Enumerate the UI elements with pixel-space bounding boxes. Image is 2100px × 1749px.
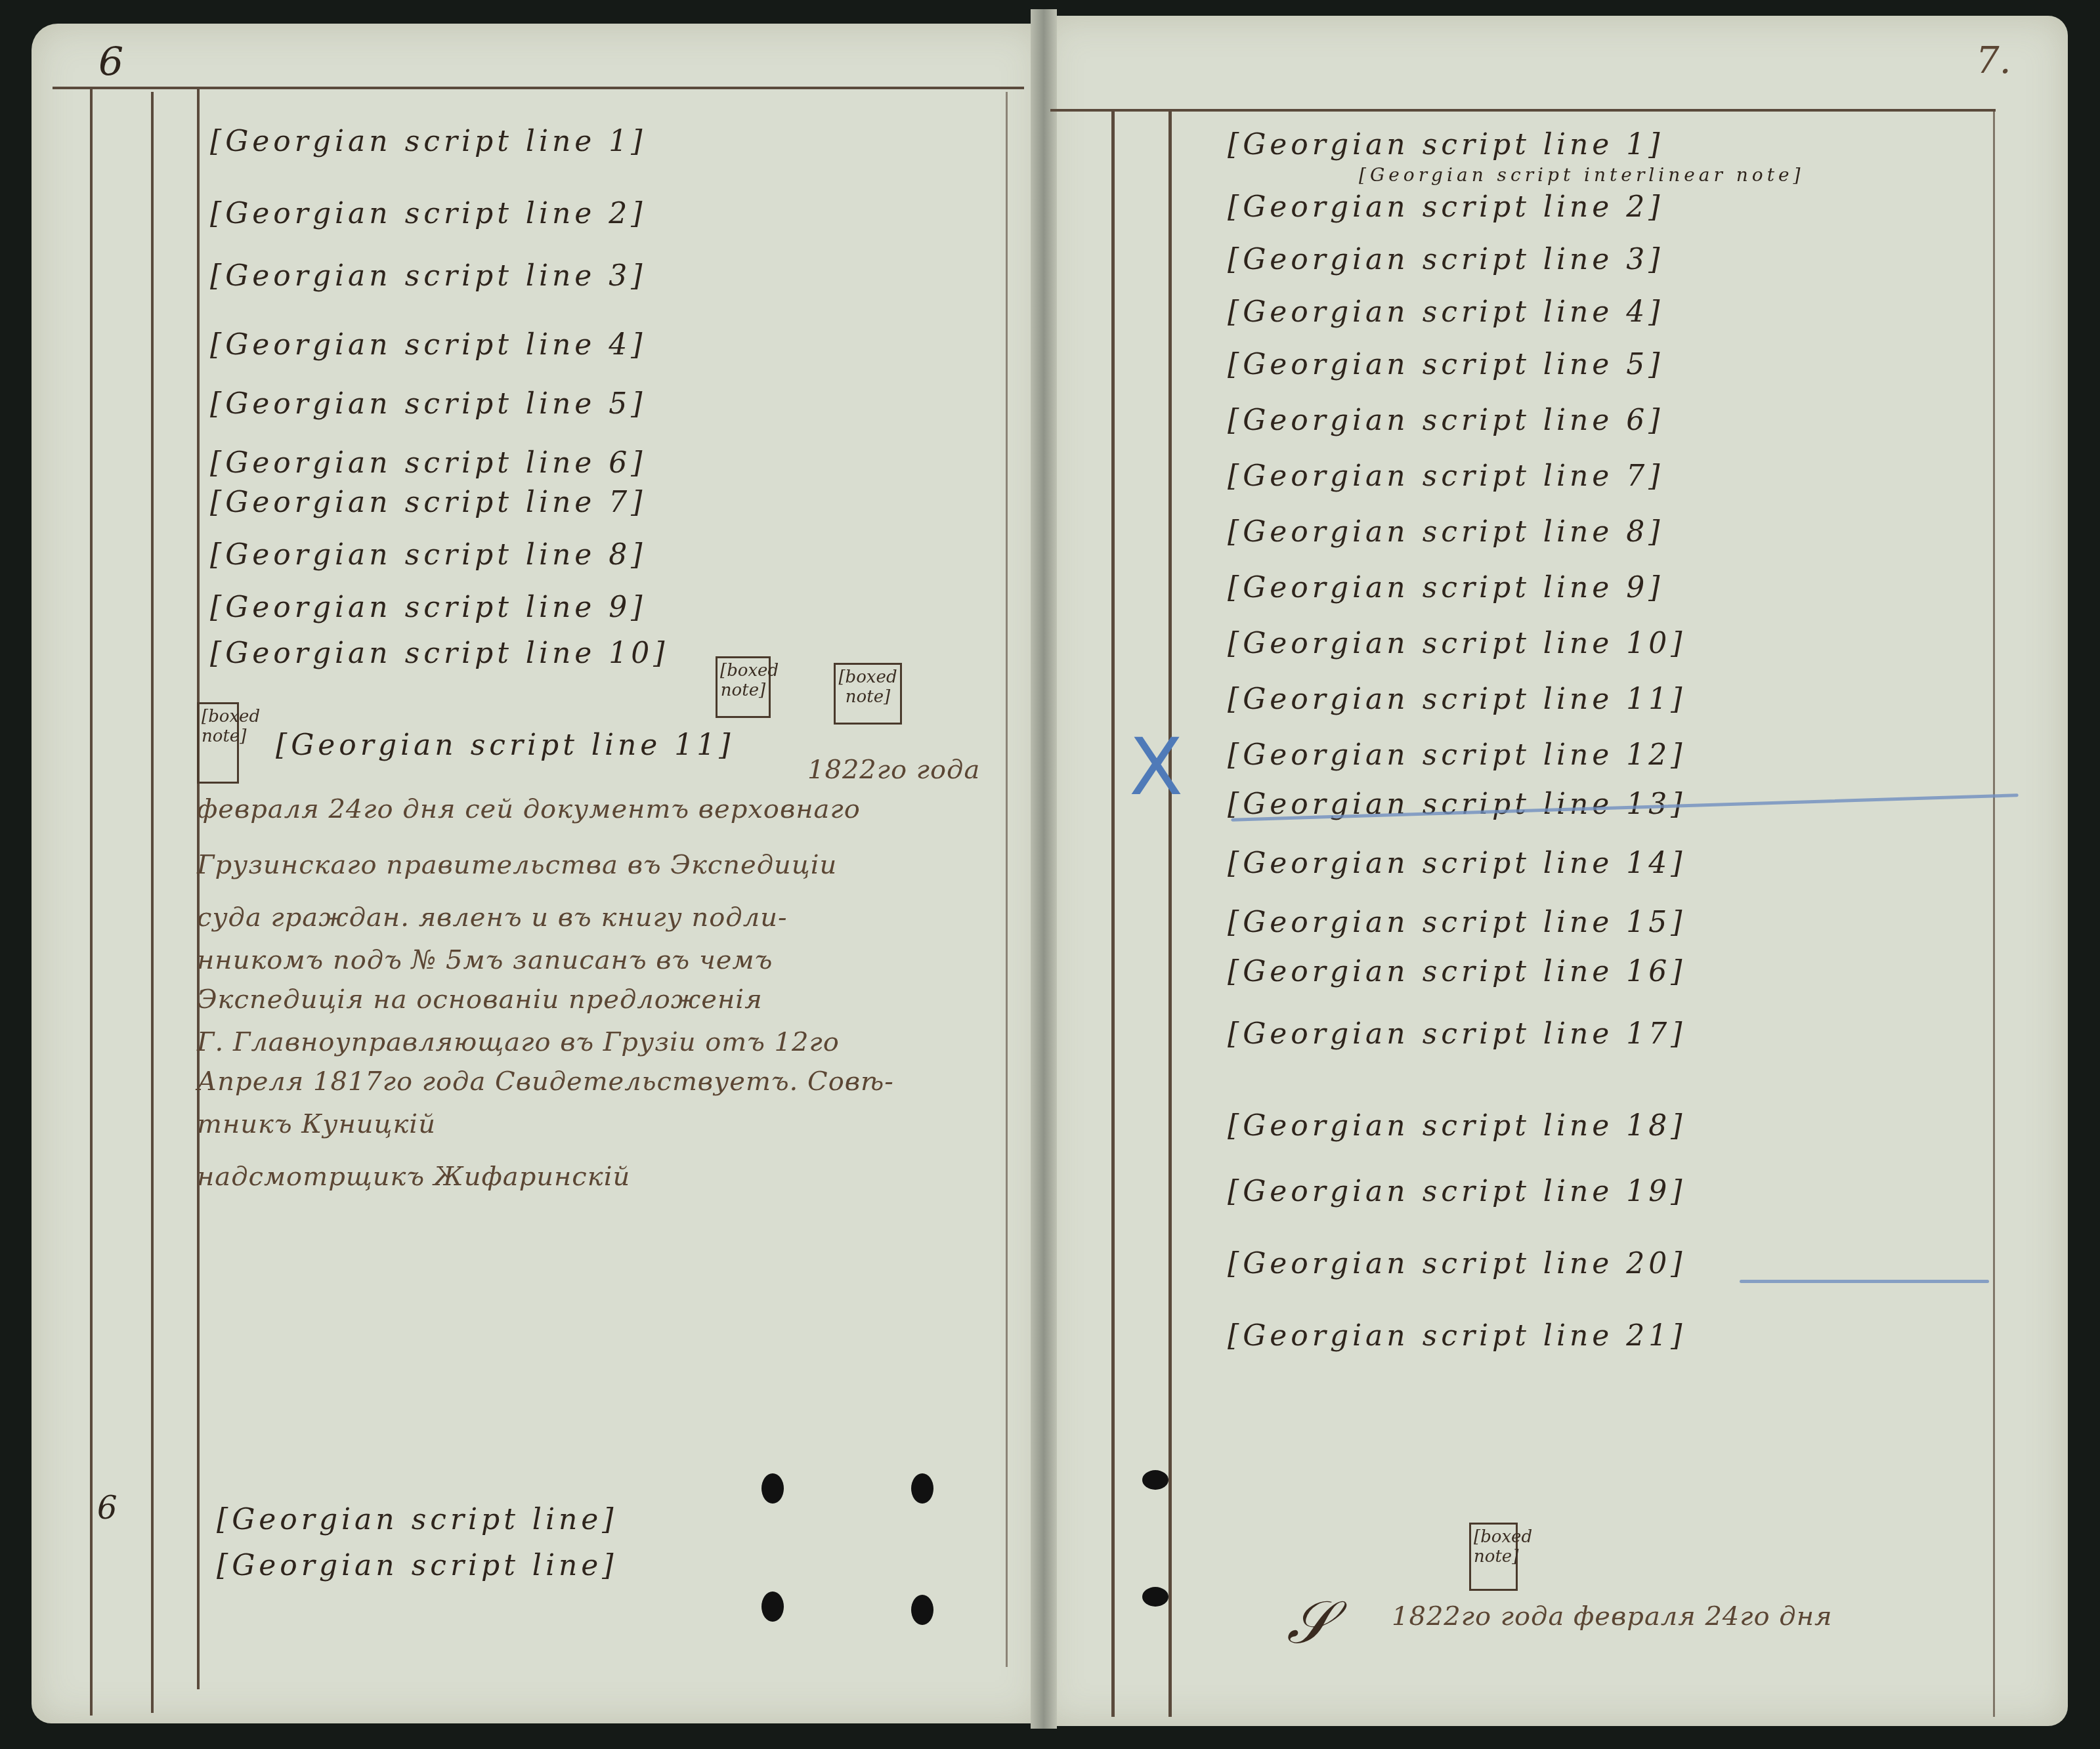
right-georgian-line: [Georgian script line 3] bbox=[1228, 243, 1664, 276]
right-right-rule bbox=[1993, 109, 1995, 1717]
right-georgian-line: [Georgian script line 18] bbox=[1228, 1109, 1686, 1143]
right-interlinear-note: [Georgian script interlinear note] bbox=[1359, 164, 1804, 186]
russian-note-line: суда граждан. явленъ и въ книгу подли- bbox=[197, 902, 787, 933]
book-gutter bbox=[1031, 9, 1057, 1729]
left-georgian-line: [Georgian script line 4] bbox=[210, 328, 647, 362]
folio-left: 6 bbox=[98, 39, 123, 85]
right-georgian-line: [Georgian script line 7] bbox=[1228, 459, 1664, 493]
punch-hole bbox=[1142, 1587, 1168, 1607]
russian-note-line: Экспедицiя на основанiи предложенiя bbox=[197, 984, 763, 1015]
punch-hole bbox=[911, 1473, 933, 1504]
left-right-rule bbox=[1006, 92, 1008, 1667]
left-georgian-line: [Georgian script line 11] bbox=[276, 728, 735, 762]
russian-note-line: нникомъ подъ № 5мъ записанъ въ чемъ bbox=[197, 945, 773, 975]
right-georgian-line: [Georgian script line 19] bbox=[1228, 1175, 1686, 1208]
left-georgian-line: [Georgian script line 3] bbox=[210, 259, 647, 293]
signature-flourish: 𝒮 bbox=[1287, 1588, 1333, 1658]
right-georgian-line: [Georgian script line 2] bbox=[1228, 190, 1664, 224]
left-georgian-line: [Georgian script line 10] bbox=[210, 637, 669, 670]
left-georgian-line: [Georgian script line 1] bbox=[210, 125, 647, 158]
russian-note-line: Г. Главноуправляющаго въ Грузiи отъ 12го bbox=[197, 1027, 840, 1057]
right-georgian-line: [Georgian script line 10] bbox=[1228, 627, 1686, 660]
right-georgian-line: [Georgian script line 5] bbox=[1228, 348, 1664, 381]
boxed-note: [boxed note] bbox=[1469, 1523, 1518, 1591]
folio-right: 7. bbox=[1976, 39, 2011, 82]
left-georgian-line: [Georgian script line 7] bbox=[210, 486, 647, 519]
punch-hole bbox=[911, 1595, 933, 1625]
right-georgian-line: [Georgian script line 6] bbox=[1228, 404, 1664, 437]
right-top-rule bbox=[1050, 109, 1996, 112]
boxed-note: [boxed note] bbox=[716, 656, 771, 718]
punch-hole bbox=[761, 1591, 784, 1622]
russian-note-line: февраля 24го дня сей документъ верховнаг… bbox=[197, 794, 861, 824]
left-georgian-line: [Georgian script line 8] bbox=[210, 538, 647, 572]
left-margin-rule-1 bbox=[90, 88, 93, 1716]
right-georgian-line: [Georgian script line 21] bbox=[1228, 1319, 1686, 1353]
blue-underline bbox=[1740, 1280, 1989, 1283]
left-georgian-line: [Georgian script line 6] bbox=[210, 446, 647, 480]
boxed-note: [boxed note] bbox=[197, 702, 239, 784]
russian-note-line: надсмотрщикъ Жифаринскiй bbox=[197, 1162, 630, 1192]
folio-left-bottom: 6 bbox=[97, 1490, 118, 1527]
right-margin-rule-1 bbox=[1111, 109, 1115, 1717]
left-margin-rule-2 bbox=[151, 92, 154, 1713]
punch-hole bbox=[1142, 1470, 1168, 1490]
boxed-note: [boxed note] bbox=[834, 663, 902, 725]
right-georgian-line: [Georgian script line 4] bbox=[1228, 295, 1664, 329]
russian-note-line: 1822го года bbox=[807, 755, 980, 785]
right-georgian-line: [Georgian script line 9] bbox=[1228, 571, 1664, 604]
right-georgian-line: [Georgian script line 12] bbox=[1228, 738, 1686, 772]
right-georgian-line: [Georgian script line 11] bbox=[1228, 683, 1686, 716]
russian-note-line: Апреля 1817го года Свидетельствуетъ. Сов… bbox=[197, 1066, 894, 1097]
left-georgian-line: [Georgian script line 2] bbox=[210, 197, 647, 230]
russian-note-line: тникъ Куницкiй bbox=[197, 1109, 436, 1139]
left-bottom-line: [Georgian script line] bbox=[217, 1549, 618, 1582]
left-bottom-line: [Georgian script line] bbox=[217, 1503, 618, 1536]
right-georgian-line: [Georgian script line 14] bbox=[1228, 847, 1686, 880]
russian-date: 1822го года февраля 24го дня bbox=[1392, 1601, 1833, 1632]
left-margin-rule-3 bbox=[197, 88, 200, 1689]
left-georgian-line: [Georgian script line 5] bbox=[210, 387, 647, 421]
right-georgian-line: [Georgian script line 15] bbox=[1228, 906, 1686, 939]
right-margin-rule-2 bbox=[1168, 109, 1172, 1717]
right-georgian-line: [Georgian script line 8] bbox=[1228, 515, 1664, 549]
left-georgian-line: [Georgian script line 9] bbox=[210, 591, 647, 624]
right-georgian-line: [Georgian script line 17] bbox=[1228, 1017, 1686, 1051]
punch-hole bbox=[761, 1473, 784, 1504]
right-georgian-line: [Georgian script line 1] bbox=[1228, 128, 1664, 161]
right-georgian-line: [Georgian script line 16] bbox=[1228, 955, 1686, 988]
right-georgian-line: [Georgian script line 20] bbox=[1228, 1247, 1686, 1280]
blue-x-mark: X bbox=[1129, 722, 1183, 813]
russian-note-line: Грузинскаго правительства въ Экспедицiи bbox=[197, 850, 837, 880]
